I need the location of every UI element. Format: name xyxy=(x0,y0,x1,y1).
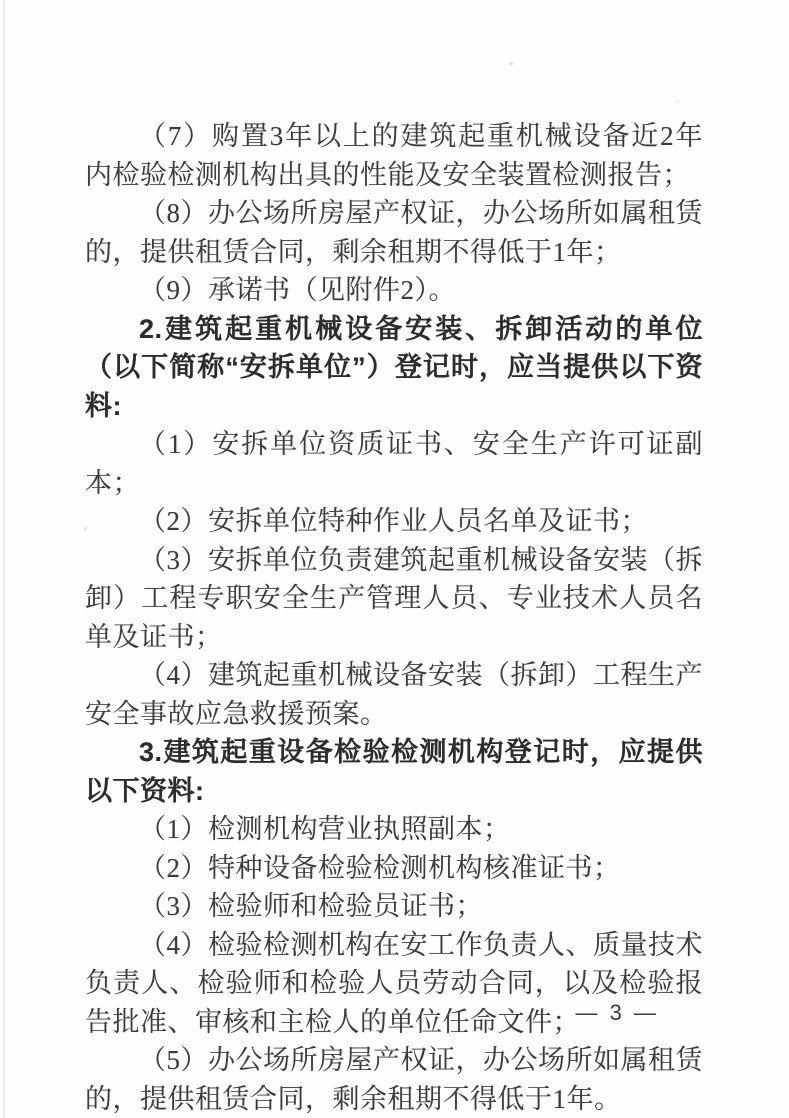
section-2-item-4: （4）建筑起重机械设备安装（拆卸）工程生产安全事故应急救援预案。 xyxy=(85,656,703,733)
scan-speck xyxy=(509,62,513,65)
section-3-item-5: （5）办公场所房屋产权证，办公场所如属租赁的，提供租赁合同，剩余租期不得低于1年… xyxy=(85,1041,703,1118)
section-3-item-3: （3）检验师和检验员证书； xyxy=(85,887,703,926)
scan-speck xyxy=(676,100,679,103)
section-2-heading: 2.建筑起重机械设备安装、拆卸活动的单位（以下简称“安拆单位”）登记时，应当提供… xyxy=(85,310,703,426)
item-8-office-premises: （8）办公场所房屋产权证，办公场所如属租赁的，提供租赁合同，剩余租期不得低于1年… xyxy=(85,194,703,271)
section-3-item-1: （1）检测机构营业执照副本； xyxy=(85,810,703,849)
section-3-heading: 3.建筑起重设备检验检测机构登记时，应提供以下资料: xyxy=(85,733,703,810)
scan-edge-shadow xyxy=(3,0,5,1118)
section-3-item-2: （2）特种设备检验检测机构核准证书； xyxy=(85,849,703,888)
section-2-item-3: （3）安拆单位负责建筑起重机械设备安装（拆卸）工程专职安全生产管理人员、专业技术… xyxy=(85,541,703,657)
page-number: — 3 — xyxy=(576,1000,659,1026)
section-2-item-2: （2）安拆单位特种作业人员名单及证书； xyxy=(85,502,703,541)
item-9-commitment-letter: （9）承诺书（见附件2）。 xyxy=(85,271,703,310)
document-body: （7）购置3年以上的建筑起重机械设备近2年内检验检测机构出具的性能及安全装置检测… xyxy=(85,117,703,1118)
item-7-detection-report: （7）购置3年以上的建筑起重机械设备近2年内检验检测机构出具的性能及安全装置检测… xyxy=(85,117,703,194)
section-2-item-1: （1）安拆单位资质证书、安全生产许可证副本； xyxy=(85,425,703,502)
scanned-document-page: （7）购置3年以上的建筑起重机械设备近2年内检验检测机构出具的性能及安全装置检测… xyxy=(0,0,789,1118)
